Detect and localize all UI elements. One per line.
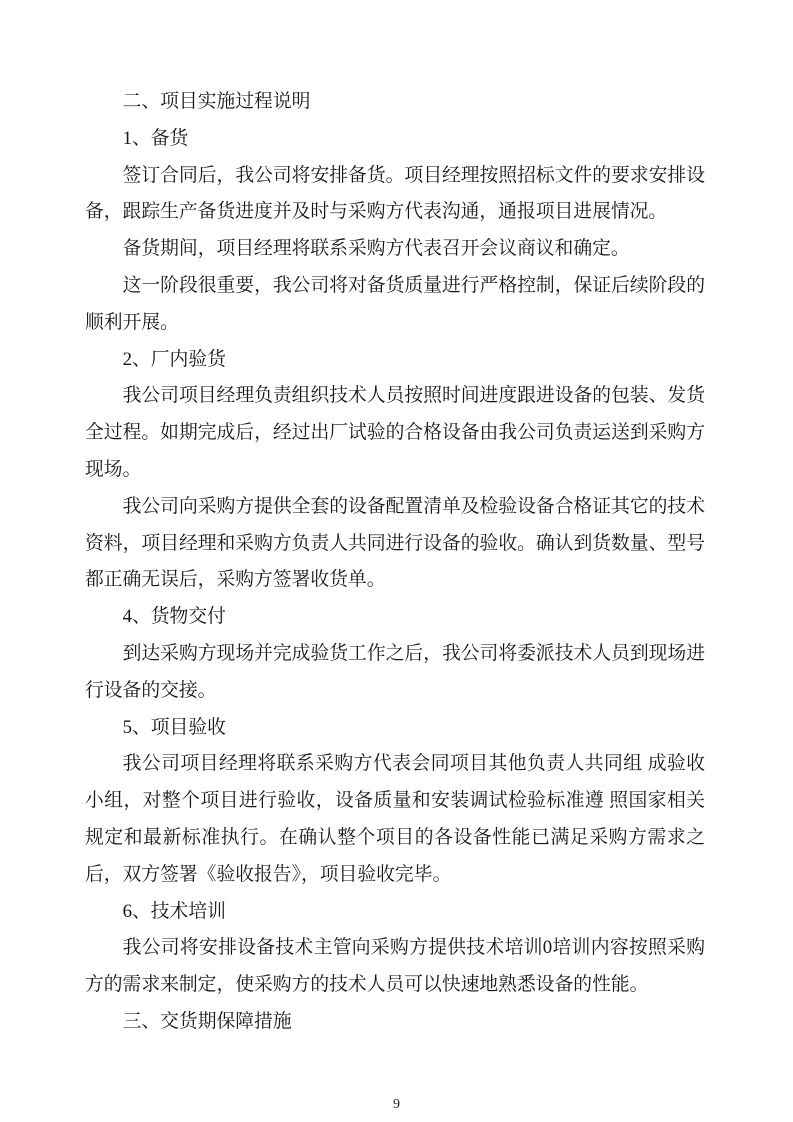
section-heading: 二、项目实施过程说明 <box>85 84 705 121</box>
section-heading: 5、项目验收 <box>85 710 705 747</box>
body-paragraph: 我公司将安排设备技术主管向采购方提供技术培训0培训内容按照采购方的需求来制定，使… <box>85 930 705 1004</box>
body-paragraph: 这一阶段很重要，我公司将对备货质量进行严格控制，保证后续阶段的顺利开展。 <box>85 268 705 342</box>
page-number: 9 <box>0 1096 793 1114</box>
body-paragraph: 备货期间，项目经理将联系采购方代表召开会议商议和确定。 <box>85 231 705 268</box>
body-paragraph: 我公司向采购方提供全套的设备配置清单及检验设备合格证其它的技术资料，项目经理和采… <box>85 489 705 599</box>
section-heading: 6、技术培训 <box>85 894 705 931</box>
document-page: 二、项目实施过程说明1、备货签订合同后，我公司将安排备货。项目经理按照招标文件的… <box>0 0 793 1122</box>
body-paragraph: 到达采购方现场并完成验货工作之后，我公司将委派技术人员到现场进行设备的交接。 <box>85 636 705 710</box>
section-heading: 2、厂内验货 <box>85 342 705 379</box>
section-heading: 1、备货 <box>85 121 705 158</box>
section-heading: 4、货物交付 <box>85 599 705 636</box>
body-paragraph: 我公司项目经理负责组织技术人员按照时间进度跟进设备的包装、发货全过程。如期完成后… <box>85 378 705 488</box>
body-paragraph: 我公司项目经理将联系采购方代表会同项目其他负责人共同组 成验收小组，对整个项目进… <box>85 746 705 893</box>
section-heading: 三、交货期保障措施 <box>85 1004 705 1041</box>
body-paragraph: 签订合同后，我公司将安排备货。项目经理按照招标文件的要求安排设备，跟踪生产备货进… <box>85 158 705 232</box>
document-body: 二、项目实施过程说明1、备货签订合同后，我公司将安排备货。项目经理按照招标文件的… <box>85 0 705 1041</box>
